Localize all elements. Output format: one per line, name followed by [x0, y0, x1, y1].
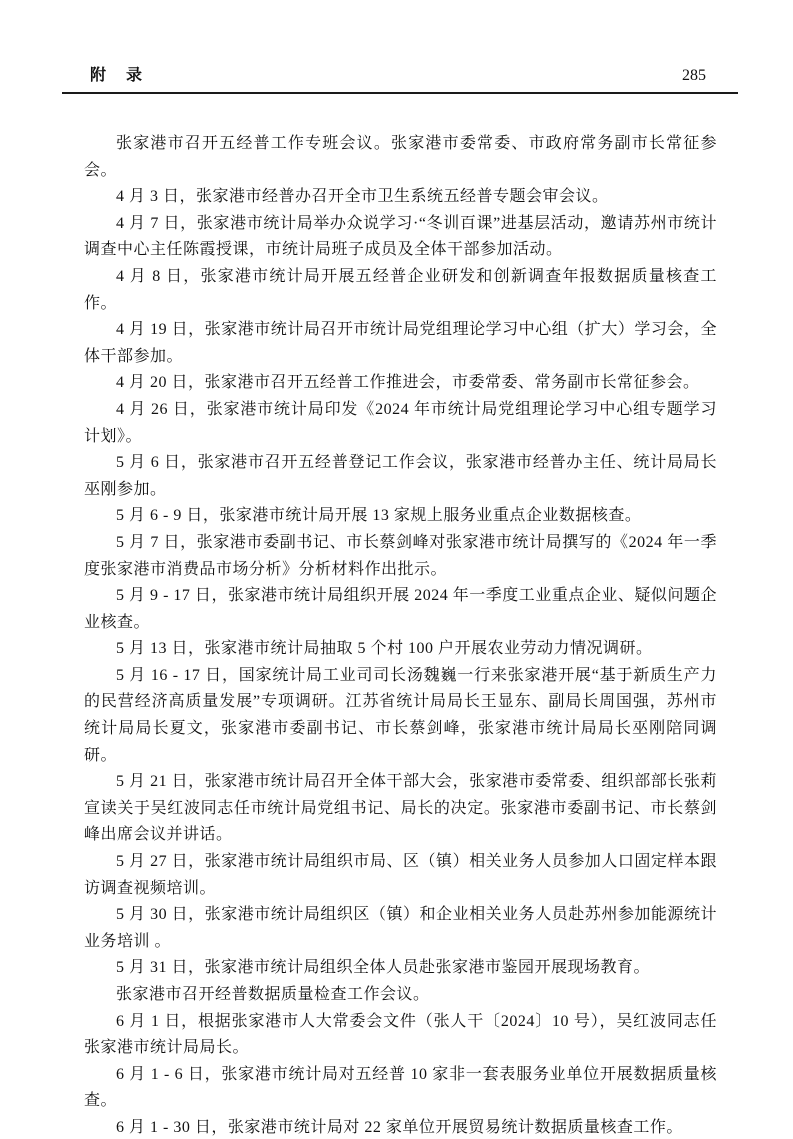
chronicle-text: 张家港市召开五经普工作专班会议。张家港市委常委、市政府常务副市长常征参会。4 月… [84, 131, 717, 1139]
chronicle-paragraph: 5 月 6 日，张家港市召开五经普登记工作会议，张家港市经普办主任、统计局局长巫… [84, 450, 717, 503]
chronicle-paragraph: 5 月 7 日，张家港市委副书记、市长蔡剑峰对张家港市统计局撰写的《2024 年… [84, 530, 717, 583]
chronicle-paragraph: 6 月 1 - 30 日，张家港市统计局对 22 家单位开展贸易统计数据质量核查… [84, 1115, 717, 1139]
chronicle-paragraph: 4 月 8 日，张家港市统计局开展五经普企业研发和创新调查年报数据质量核查工作。 [84, 264, 717, 317]
chronicle-paragraph: 5 月 31 日，张家港市统计局组织全体人员赴张家港市鉴园开展现场教育。 [84, 955, 717, 982]
chronicle-paragraph: 6 月 1 日，根据张家港市人大常委会文件（张人干〔2024〕10 号），吴红波… [84, 1009, 717, 1062]
chronicle-paragraph: 5 月 9 - 17 日，张家港市统计局组织开展 2024 年一季度工业重点企业… [84, 583, 717, 636]
chronicle-paragraph: 4 月 19 日，张家港市统计局召开市统计局党组理论学习中心组（扩大）学习会，全… [84, 317, 717, 370]
chronicle-paragraph: 4 月 26 日，张家港市统计局印发《2024 年市统计局党组理论学习中心组专题… [84, 397, 717, 450]
chronicle-paragraph: 5 月 27 日，张家港市统计局组织市局、区（镇）相关业务人员参加人口固定样本跟… [84, 849, 717, 902]
chronicle-paragraph: 张家港市召开经普数据质量检查工作会议。 [84, 982, 717, 1009]
chronicle-paragraph: 6 月 1 - 6 日，张家港市统计局对五经普 10 家非一套表服务业单位开展数… [84, 1062, 717, 1115]
running-header: 附 录 285 [62, 62, 738, 94]
chronicle-paragraph: 5 月 21 日，张家港市统计局召开全体干部大会，张家港市委常委、组织部部长张莉… [84, 769, 717, 849]
chronicle-paragraph: 4 月 3 日，张家港市经普办召开全市卫生系统五经普专题会审会议。 [84, 184, 717, 211]
document-page: 附 录 285 张家港市召开五经普工作专班会议。张家港市委常委、市政府常务副市长… [0, 0, 793, 1139]
section-title: 附 录 [90, 62, 144, 85]
chronicle-paragraph: 5 月 30 日，张家港市统计局组织区（镇）和企业相关业务人员赴苏州参加能源统计… [84, 902, 717, 955]
chronicle-paragraph: 张家港市召开五经普工作专班会议。张家港市委常委、市政府常务副市长常征参会。 [84, 131, 717, 184]
chronicle-paragraph: 5 月 13 日，张家港市统计局抽取 5 个村 100 户开展农业劳动力情况调研… [84, 636, 717, 663]
chronicle-paragraph: 5 月 6 - 9 日，张家港市统计局开展 13 家规上服务业重点企业数据核查。 [84, 503, 717, 530]
page-number: 285 [682, 67, 706, 85]
chronicle-paragraph: 5 月 16 - 17 日，国家统计局工业司司长汤魏巍一行来张家港开展“基于新质… [84, 663, 717, 769]
chronicle-paragraph: 4 月 7 日，张家港市统计局举办众说学习·“冬训百课”进基层活动，邀请苏州市统… [84, 211, 717, 264]
chronicle-paragraph: 4 月 20 日，张家港市召开五经普工作推进会，市委常委、常务副市长常征参会。 [84, 370, 717, 397]
